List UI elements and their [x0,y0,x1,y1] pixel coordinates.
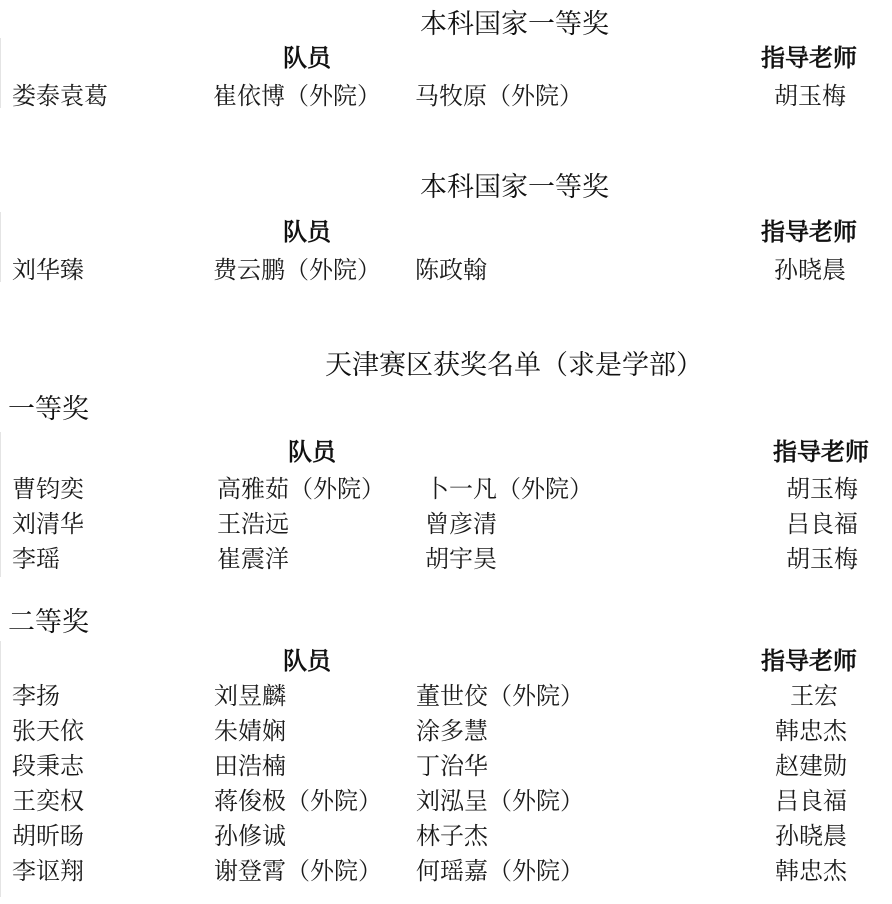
captain-cell: 段秉志 [12,746,84,781]
second-prize-label: 二等奖 [8,600,89,639]
advisor-header: 指导老师 [761,38,857,73]
section-1-table: 队员 指导老师 娄泰袁葛 崔依博（外院） 马牧原（外院） 胡玉梅 [0,38,892,108]
advisor-cell: 吕良福 [786,504,858,539]
member1-cell: 王浩远 [217,504,289,539]
member1-cell: 田浩楠 [214,746,286,781]
advisor-cell: 孙晓晨 [774,250,846,285]
advisor-cell: 韩忠杰 [775,711,847,746]
advisor-cell: 胡玉梅 [774,76,846,111]
captain-cell: 李瑶 [12,539,60,574]
advisor-cell: 胡玉梅 [786,539,858,574]
captain-cell: 李讴翔 [12,851,84,886]
member2-cell: 陈政翰 [415,250,487,285]
advisor-cell: 孙晓晨 [775,816,847,851]
advisor-cell: 吕良福 [775,781,847,816]
section-2-title: 本科国家一等奖 [420,165,609,204]
member1-cell: 谢登霄（外院） [214,851,382,886]
member2-cell: 董世佼（外院） [416,676,584,711]
member1-cell: 费云鹏（外院） [213,250,381,285]
advisor-cell: 王宏 [790,676,838,711]
member2-cell: 曾彦清 [425,504,497,539]
members-header: 队员 [283,38,331,73]
captain-cell: 刘清华 [12,504,84,539]
member1-cell: 崔震洋 [217,539,289,574]
captain-cell: 王奕权 [12,781,84,816]
member2-cell: 何瑶嘉（外院） [416,851,584,886]
member2-cell: 卜一凡（外院） [425,469,593,504]
captain-cell: 张天依 [12,711,84,746]
members-header: 队员 [283,212,331,247]
member2-cell: 刘泓呈（外院） [416,781,584,816]
advisor-header: 指导老师 [773,432,869,467]
captain-cell: 娄泰袁葛 [12,76,108,111]
members-header: 队员 [288,432,336,467]
member1-cell: 崔依博（外院） [213,76,381,111]
member2-cell: 丁治华 [416,746,488,781]
member2-cell: 马牧原（外院） [415,76,583,111]
captain-cell: 李扬 [12,676,60,711]
tianjin-title: 天津赛区获奖名单（求是学部） [325,343,703,382]
members-header: 队员 [283,641,331,676]
advisor-header: 指导老师 [761,212,857,247]
captain-cell: 胡昕旸 [12,816,84,851]
member1-cell: 蒋俊极（外院） [214,781,382,816]
section-2-table: 队员 指导老师 刘华臻 费云鹏（外院） 陈政翰 孙晓晨 [0,212,892,282]
member2-cell: 林子杰 [416,816,488,851]
member1-cell: 朱婧娴 [214,711,286,746]
captain-cell: 刘华臻 [12,250,84,285]
member1-cell: 刘昱麟 [214,676,286,711]
section-1-title: 本科国家一等奖 [420,2,609,41]
member2-cell: 涂多慧 [416,711,488,746]
advisor-cell: 韩忠杰 [775,851,847,886]
advisor-cell: 胡玉梅 [786,469,858,504]
advisor-header: 指导老师 [761,641,857,676]
member1-cell: 孙修诚 [214,816,286,851]
member1-cell: 高雅茹（外院） [217,469,385,504]
first-prize-label: 一等奖 [8,387,89,426]
first-prize-table: 队员 指导老师 曹钧奕 高雅茹（外院） 卜一凡（外院） 胡玉梅 刘清华 王浩远 … [0,432,892,577]
advisor-cell: 赵建勋 [775,746,847,781]
captain-cell: 曹钧奕 [12,469,84,504]
second-prize-table: 队员 指导老师 李扬 刘昱麟 董世佼（外院） 王宏 张天依 朱婧娴 涂多慧 韩忠… [0,641,892,897]
member2-cell: 胡宇昊 [425,539,497,574]
